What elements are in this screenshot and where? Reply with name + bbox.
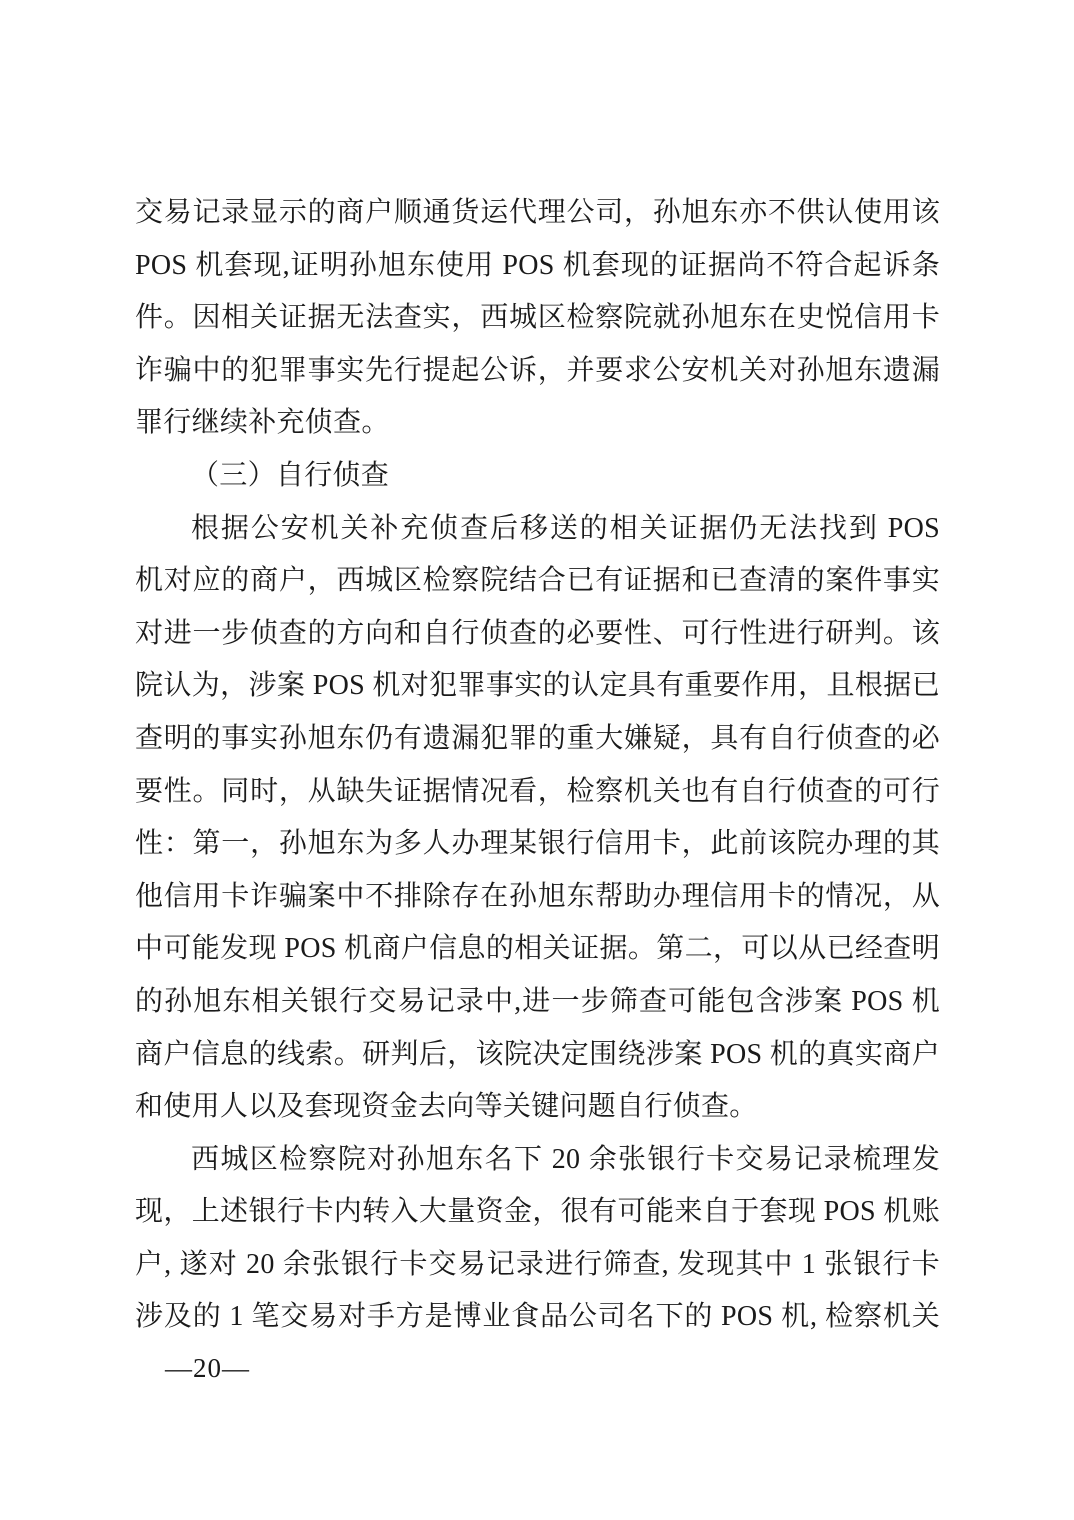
paragraph-line: 罪行继续补充侦查。 bbox=[135, 397, 940, 450]
page-number: —20— bbox=[165, 1348, 250, 1388]
paragraph-line: 和使用人以及套现资金去向等关键问题自行侦查。 bbox=[135, 1081, 940, 1134]
paragraph-line: 诈骗中的犯罪事实先行提起公诉，并要求公安机关对孙旭东遗漏 bbox=[135, 345, 940, 398]
paragraph-line: 查明的事实孙旭东仍有遗漏犯罪的重大嫌疑，具有自行侦查的必 bbox=[135, 713, 940, 766]
paragraph-line: POS 机套现,证明孙旭东使用 POS 机套现的证据尚不符合起诉条 bbox=[135, 240, 940, 293]
paragraph-line: 现，上述银行卡内转入大量资金，很有可能来自于套现 POS 机账 bbox=[135, 1186, 940, 1239]
paragraph-line: 中可能发现 POS 机商户信息的相关证据。第二，可以从已经查明 bbox=[135, 923, 940, 976]
paragraph-line: 涉及的 1 笔交易对手方是博业食品公司名下的 POS 机, 检察机关 bbox=[135, 1291, 940, 1344]
section-heading: （三）自行侦查 bbox=[135, 450, 940, 503]
paragraph-line: 的孙旭东相关银行交易记录中,进一步筛查可能包含涉案 POS 机 bbox=[135, 976, 940, 1029]
paragraph-line: 要性。同时，从缺失证据情况看，检察机关也有自行侦查的可行 bbox=[135, 766, 940, 819]
paragraph-line: 院认为，涉案 POS 机对犯罪事实的认定具有重要作用，且根据已 bbox=[135, 660, 940, 713]
paragraph-line: 根据公安机关补充侦查后移送的相关证据仍无法找到 POS bbox=[135, 503, 940, 556]
paragraph-line: 交易记录显示的商户顺通货运代理公司，孙旭东亦不供认使用该 bbox=[135, 187, 940, 240]
paragraph-line: 户, 遂对 20 余张银行卡交易记录进行筛查, 发现其中 1 张银行卡 bbox=[135, 1239, 940, 1292]
paragraph-line: 商户信息的线索。研判后，该院决定围绕涉案 POS 机的真实商户 bbox=[135, 1029, 940, 1082]
paragraph-line: 机对应的商户，西城区检察院结合已有证据和已查清的案件事实 bbox=[135, 555, 940, 608]
paragraph-line: 对进一步侦查的方向和自行侦查的必要性、可行性进行研判。该 bbox=[135, 608, 940, 661]
text-block: 交易记录显示的商户顺通货运代理公司，孙旭东亦不供认使用该POS 机套现,证明孙旭… bbox=[135, 187, 940, 1344]
paragraph-line: 件。因相关证据无法查实，西城区检察院就孙旭东在史悦信用卡 bbox=[135, 292, 940, 345]
paragraph-line: 性：第一，孙旭东为多人办理某银行信用卡，此前该院办理的其 bbox=[135, 818, 940, 871]
document-page: 交易记录显示的商户顺通货运代理公司，孙旭东亦不供认使用该POS 机套现,证明孙旭… bbox=[0, 0, 1074, 1520]
paragraph-line: 西城区检察院对孙旭东名下 20 余张银行卡交易记录梳理发 bbox=[135, 1134, 940, 1187]
paragraph-line: 他信用卡诈骗案中不排除存在孙旭东帮助办理信用卡的情况，从 bbox=[135, 871, 940, 924]
